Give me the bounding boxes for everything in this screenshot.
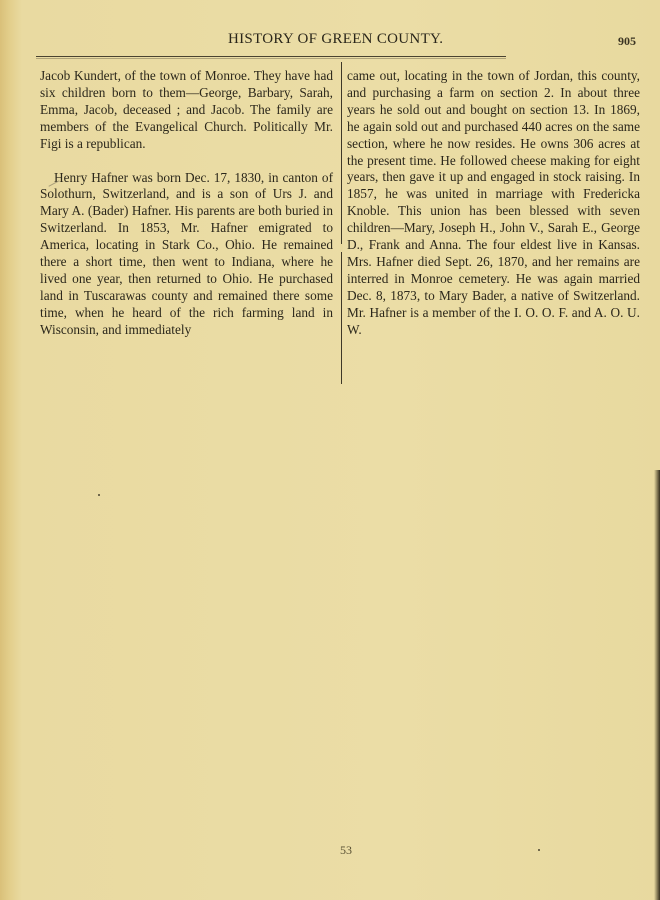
right-column: came out, locating in the town of Jordan… — [347, 68, 640, 339]
left-column: Jacob Kundert, of the town of Monroe. Th… — [40, 68, 333, 339]
header-rule — [36, 56, 506, 57]
page-number: 905 — [618, 34, 636, 49]
paragraph-henry-hafner-biography: Henry Hafner was born Dec. 17, 1830, in … — [40, 170, 333, 339]
column-divider-gap — [340, 244, 343, 252]
column-divider — [341, 62, 342, 384]
paper-speck — [98, 494, 100, 496]
paragraph-gap — [40, 153, 333, 170]
paragraph-kundert-family: Jacob Kundert, of the town of Monroe. Th… — [40, 68, 333, 153]
running-head: HISTORY OF GREEN COUNTY. 905 — [0, 31, 660, 51]
signature-folio: 53 — [340, 843, 352, 858]
running-title: HISTORY OF GREEN COUNTY. — [228, 31, 443, 48]
paper-speck — [538, 849, 540, 851]
header-rule-secondary — [36, 58, 506, 59]
paragraph-hafner-continued: came out, locating in the town of Jordan… — [347, 68, 640, 339]
book-page: HISTORY OF GREEN COUNTY. 905 Jacob Kunde… — [0, 0, 660, 900]
